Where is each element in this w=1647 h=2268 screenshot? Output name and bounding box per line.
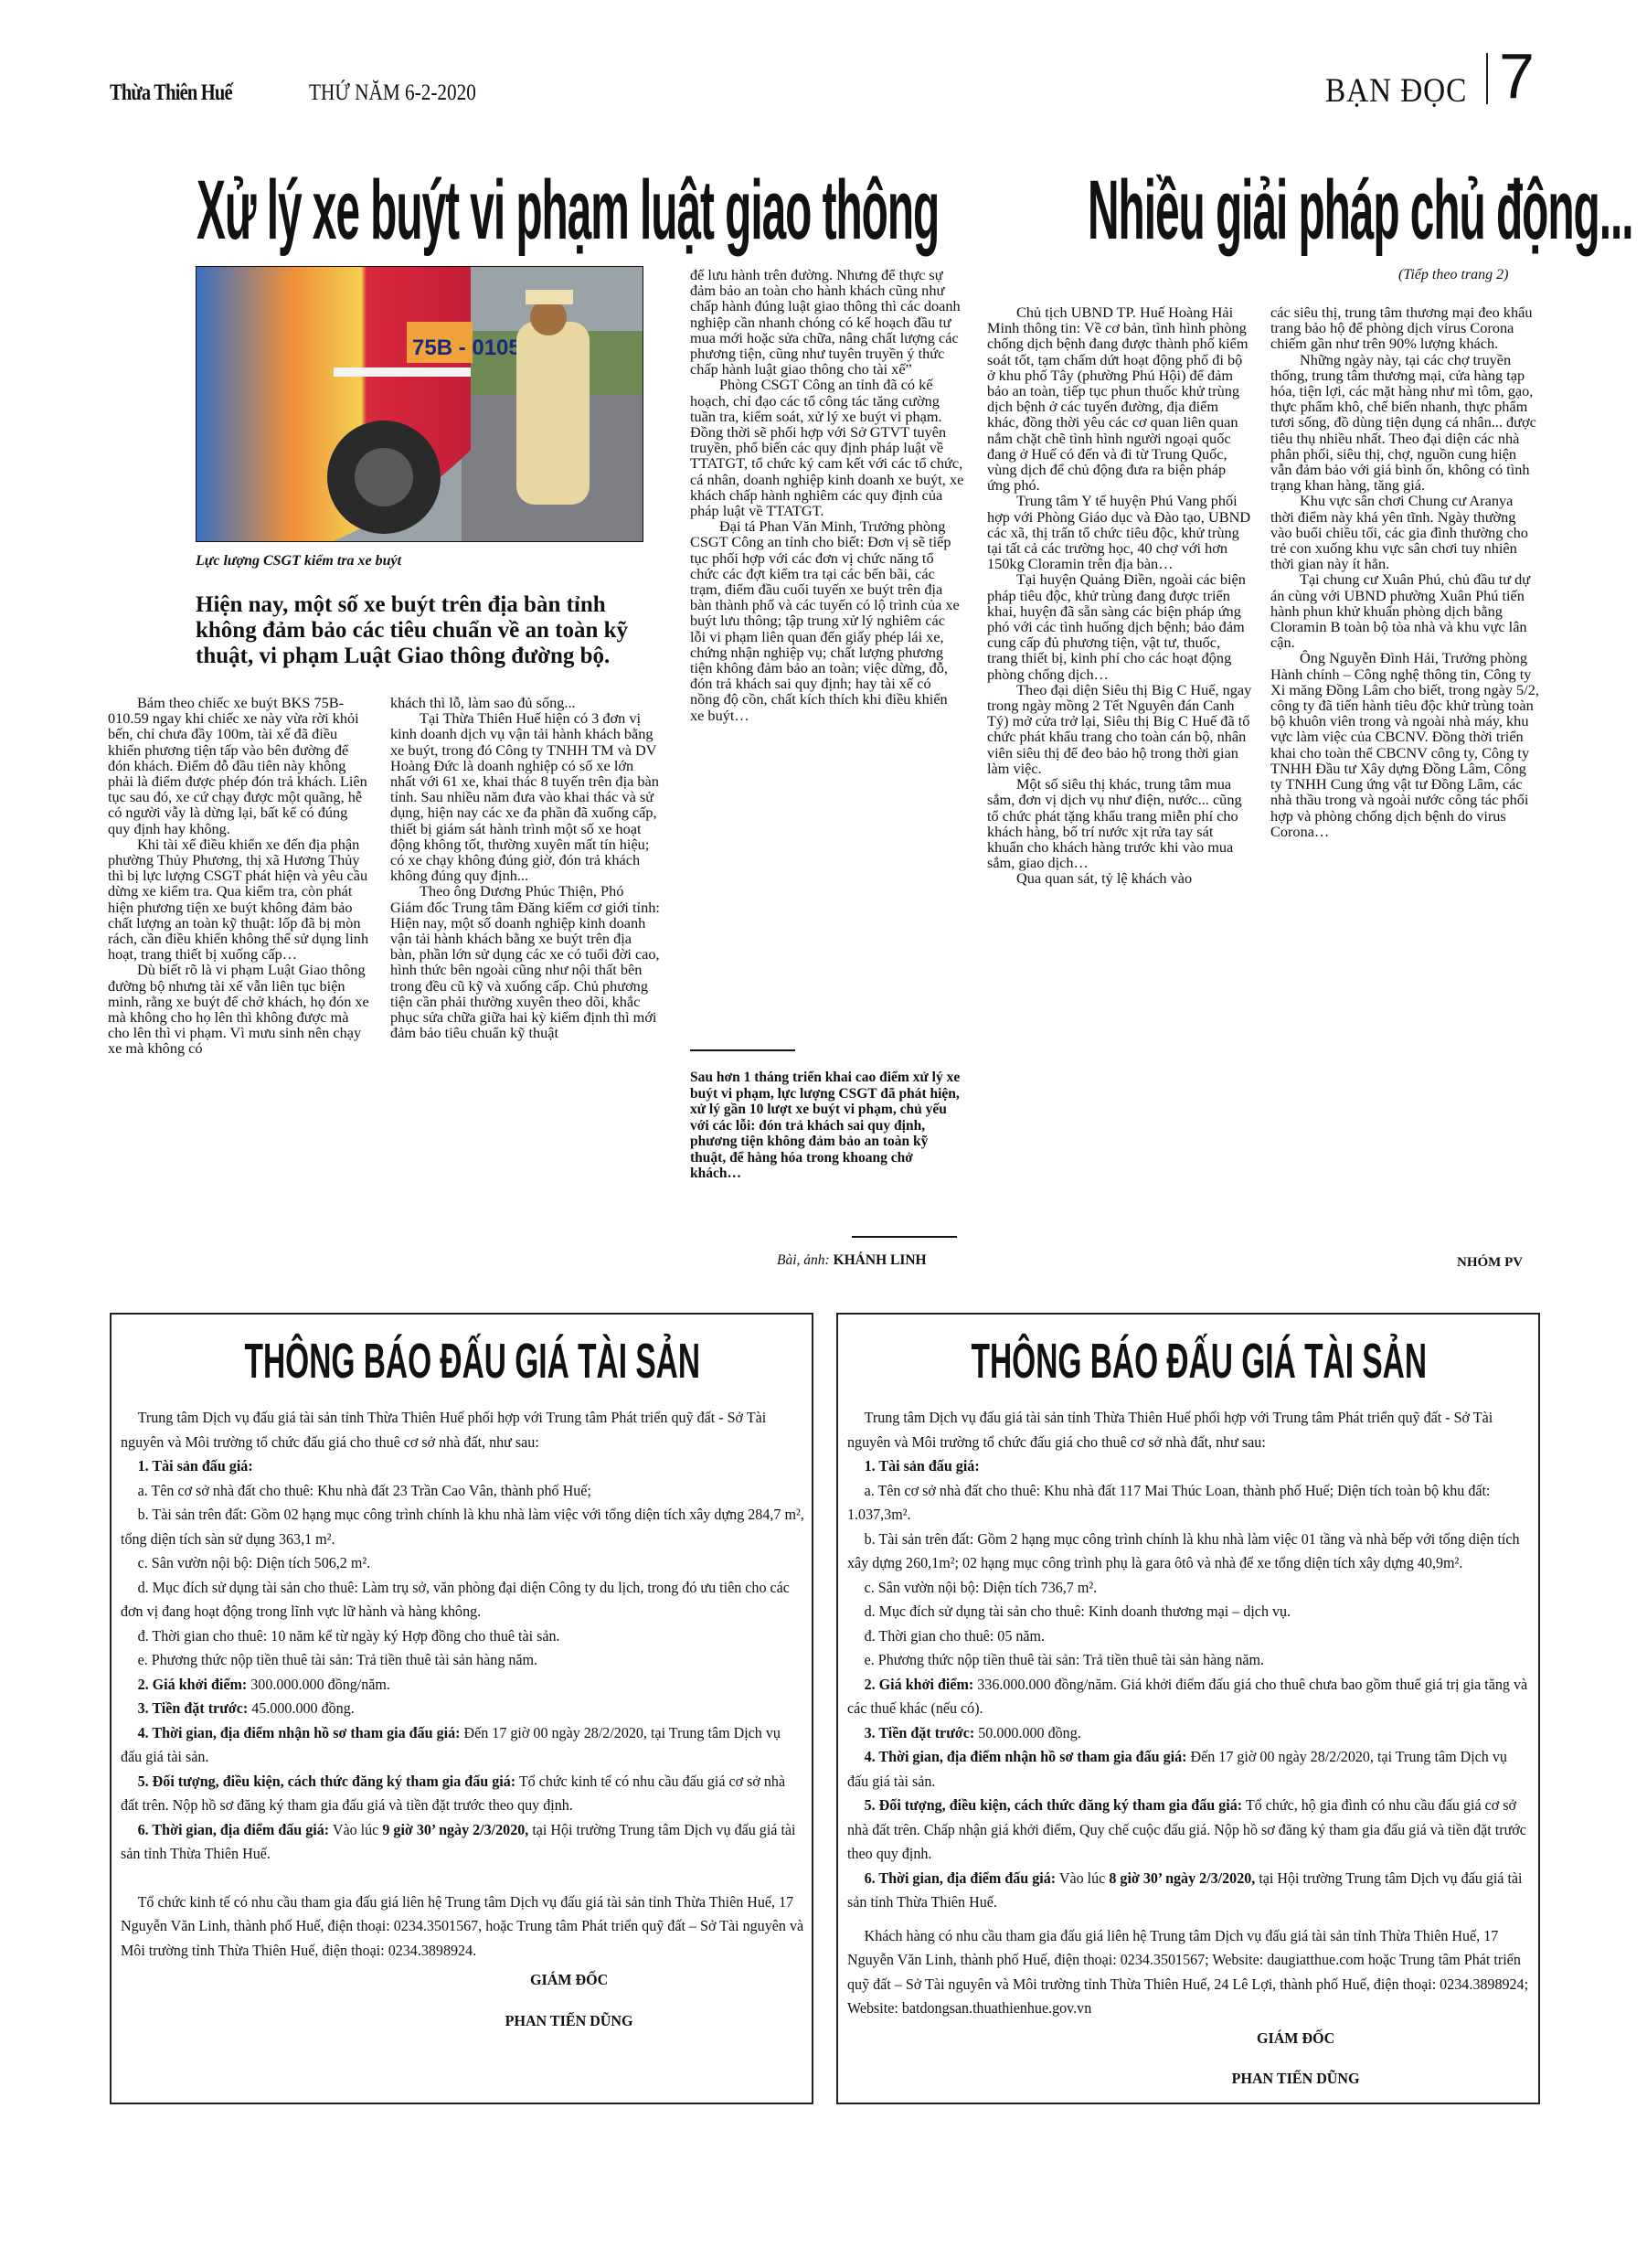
- newspaper-masthead: Thừa Thiên Huế: [110, 80, 232, 106]
- section-label: 4. Thời gian, địa điểm nhận hồ sơ tham g…: [865, 1748, 1187, 1765]
- article1-headline: Xử lý xe buýt vi phạm luật giao thông: [197, 165, 939, 256]
- notice-section-4: 4. Thời gian, địa điểm nhận hồ sơ tham g…: [121, 1721, 805, 1770]
- notice-section-5: 5. Đối tượng, điều kiện, cách thức đăng …: [121, 1770, 805, 1818]
- section-text: Vào lúc: [1059, 1869, 1105, 1887]
- section-text: Vào lúc: [333, 1821, 378, 1838]
- notice-contact: Tổ chức kinh tế có nhu cầu tham gia đấu …: [121, 1890, 805, 1964]
- section-divider: [1486, 53, 1488, 104]
- article2-column-2: các siêu thị, trung tâm thương mại đeo k…: [1270, 304, 1540, 839]
- continued-from-note: (Tiếp theo trang 2): [1398, 267, 1508, 283]
- auction-time: 8 giờ 30’ ngày 2/3/2020,: [1109, 1869, 1255, 1887]
- byline-name: KHÁNH LINH: [834, 1252, 927, 1268]
- section-label: 1. Tài sản đấu giá:: [865, 1457, 980, 1475]
- article1-byline: Bài, ảnh: KHÁNH LINH: [777, 1252, 927, 1269]
- notice-section-5: 5. Đối tượng, điều kiện, cách thức đăng …: [847, 1794, 1532, 1867]
- article1-pullquote: Sau hơn 1 tháng triển khai cao điểm xử l…: [690, 1070, 964, 1182]
- article1-column-3: để lưu hành trên đường. Nhưng để thực sự…: [690, 267, 964, 723]
- signature-title: GIÁM ĐỐC: [1060, 2027, 1532, 2051]
- auction-time: 9 giờ 30’ ngày 2/3/2020,: [382, 1821, 528, 1838]
- section-label: 3. Tiền đặt trước:: [865, 1724, 975, 1741]
- paragraph: Đại tá Phan Văn Minh, Trưởng phòng CSGT …: [690, 518, 964, 723]
- notice-item-dd: đ. Thời gian cho thuê: 10 năm kể từ ngày…: [121, 1624, 805, 1649]
- paragraph: Những ngày này, tại các chợ truyền thống…: [1270, 352, 1540, 494]
- article1-column-2: khách thì lỗ, làm sao đủ sống... Tại Thừ…: [390, 695, 660, 1040]
- notice-item-e: e. Phương thức nộp tiền thuê tài sản: Tr…: [847, 1648, 1532, 1673]
- byline-label: Bài, ảnh:: [777, 1252, 830, 1268]
- spacer: [121, 1867, 805, 1890]
- paragraph: khách thì lỗ, làm sao đủ sống...: [390, 695, 660, 710]
- notice-section-1: 1. Tài sản đấu giá:: [847, 1454, 1532, 1479]
- paragraph: Theo ông Dương Phúc Thiện, Phó Giám đốc …: [390, 883, 660, 1040]
- notice-section-4: 4. Thời gian, địa điểm nhận hồ sơ tham g…: [847, 1745, 1532, 1794]
- notice-intro: Trung tâm Dịch vụ đấu giá tài sản tỉnh T…: [847, 1406, 1532, 1454]
- section-label: 1. Tài sản đấu giá:: [138, 1457, 253, 1475]
- notice-item-b: b. Tài sản trên đất: Gồm 02 hạng mục côn…: [121, 1503, 805, 1551]
- paragraph: Khu vực sân chơi Chung cư Aranya thời đi…: [1270, 493, 1540, 571]
- signature-name: PHAN TIẾN DŨNG: [334, 2009, 805, 2034]
- notice-section-6: 6. Thời gian, địa điểm đấu giá: Vào lúc …: [121, 1818, 805, 1867]
- section-label: 3. Tiền đặt trước:: [138, 1699, 249, 1717]
- paragraph: Khi tài xế điều khiển xe đến địa phận ph…: [108, 836, 373, 963]
- section-label: 4. Thời gian, địa điểm nhận hồ sơ tham g…: [138, 1724, 461, 1741]
- notice-section-2: 2. Giá khởi điểm: 336.000.000 đồng/năm. …: [847, 1673, 1532, 1721]
- paragraph: Tại huyện Quảng Điền, ngoài các biện phá…: [987, 571, 1252, 681]
- notice-item-d: d. Mục đích sử dụng tài sản cho thuê: Ki…: [847, 1600, 1532, 1624]
- paragraph: Dù biết rõ là vi phạm Luật Giao thông đư…: [108, 962, 373, 1056]
- notice-intro: Trung tâm Dịch vụ đấu giá tài sản tỉnh T…: [121, 1406, 805, 1454]
- paragraph: Qua quan sát, tỷ lệ khách vào: [987, 870, 1252, 886]
- notice-section-3: 3. Tiền đặt trước: 45.000.000 đồng.: [121, 1697, 805, 1721]
- notice-section-6: 6. Thời gian, địa điểm đấu giá: Vào lúc …: [847, 1867, 1532, 1915]
- svg-text:75B - 01059: 75B - 01059: [412, 335, 533, 360]
- pullquote-rule-top: [690, 1049, 795, 1051]
- deposit-amount: 45.000.000 đồng.: [251, 1699, 355, 1717]
- section-label: 2. Giá khởi điểm:: [138, 1676, 248, 1693]
- paragraph: Tại Thừa Thiên Huế hiện có 3 đơn vị kinh…: [390, 710, 660, 883]
- section-label: 5. Đối tượng, điều kiện, cách thức đăng …: [865, 1796, 1243, 1814]
- notice-section-2: 2. Giá khởi điểm: 300.000.000 đồng/năm.: [121, 1673, 805, 1698]
- notice-body: Trung tâm Dịch vụ đấu giá tài sản tỉnh T…: [121, 1406, 805, 2033]
- notice-contact: Khách hàng có nhu cầu tham gia đấu giá l…: [847, 1924, 1532, 2021]
- signature-name: PHAN TIẾN DŨNG: [1060, 2067, 1532, 2092]
- paragraph: Trung tâm Y tế huyện Phú Vang phối hợp v…: [987, 493, 1252, 571]
- notice-item-c: c. Sân vườn nội bộ: Diện tích 506,2 m².: [121, 1551, 805, 1576]
- pullquote-rule-bottom: [852, 1236, 957, 1238]
- section-label: 5. Đối tượng, điều kiện, cách thức đăng …: [138, 1773, 516, 1790]
- starting-price: 300.000.000 đồng/năm.: [250, 1676, 390, 1693]
- issue-date: THỨ NĂM 6-2-2020: [309, 80, 476, 106]
- photo-caption: Lực lượng CSGT kiểm tra xe buýt: [196, 553, 401, 570]
- bus-inspection-image: 75B - 01059: [197, 267, 643, 541]
- paragraph: Phòng CSGT Công an tỉnh đã có kế hoạch, …: [690, 377, 964, 518]
- notice-title: THÔNG BÁO ĐẤU GIÁ TÀI SẢN: [972, 1333, 1406, 1390]
- page-number: 7: [1499, 44, 1535, 108]
- notice-body: Trung tâm Dịch vụ đấu giá tài sản tỉnh T…: [847, 1406, 1532, 2092]
- notice-title: THÔNG BÁO ĐẤU GIÁ TÀI SẢN: [245, 1333, 679, 1390]
- article2-byline: NHÓM PV: [1457, 1255, 1523, 1271]
- notice-item-c: c. Sân vườn nội bộ: Diện tích 736,7 m².: [847, 1576, 1532, 1601]
- paragraph: Bám theo chiếc xe buýt BKS 75B-010.59 ng…: [108, 695, 373, 836]
- article1-lead: Hiện nay, một số xe buýt trên địa bàn tỉ…: [196, 592, 653, 669]
- section-label: 2. Giá khởi điểm:: [865, 1676, 974, 1693]
- paragraph: Chủ tịch UBND TP. Huế Hoàng Hải Minh thô…: [987, 304, 1252, 493]
- paragraph: Một số siêu thị khác, trung tâm mua sắm,…: [987, 776, 1252, 870]
- paragraph: Theo đại diện Siêu thị Big C Huế, ngay t…: [987, 682, 1252, 776]
- article1-photo: 75B - 01059: [196, 266, 643, 542]
- paragraph: Ông Nguyễn Đình Hải, Trưởng phòng Hành c…: [1270, 650, 1540, 838]
- notice-item-e: e. Phương thức nộp tiền thuê tài sản: Tr…: [121, 1648, 805, 1673]
- article2-headline: Nhiều giải pháp chủ động...: [1088, 165, 1632, 256]
- section-label: 6. Thời gian, địa điểm đấu giá:: [138, 1821, 330, 1838]
- notice-item-b: b. Tài sản trên đất: Gồm 2 hạng mục công…: [847, 1528, 1532, 1576]
- paragraph: Tại chung cư Xuân Phú, chủ đầu tư dự án …: [1270, 571, 1540, 650]
- auction-notice-1: THÔNG BÁO ĐẤU GIÁ TÀI SẢN Trung tâm Dịch…: [110, 1313, 813, 2104]
- notice-item-d: d. Mục đích sử dụng tài sản cho thuê: Là…: [121, 1576, 805, 1624]
- section-title: BẠN ĐỌC: [1325, 71, 1467, 111]
- notice-item-a: a. Tên cơ sở nhà đất cho thuê: Khu nhà đ…: [121, 1479, 805, 1504]
- article2-column-1: Chủ tịch UBND TP. Huế Hoàng Hải Minh thô…: [987, 304, 1252, 887]
- notice-item-a: a. Tên cơ sở nhà đất cho thuê: Khu nhà đ…: [847, 1479, 1532, 1528]
- paragraph: các siêu thị, trung tâm thương mại đeo k…: [1270, 304, 1540, 352]
- deposit-amount: 50.000.000 đồng.: [978, 1724, 1081, 1741]
- notice-item-dd: đ. Thời gian cho thuê: 05 năm.: [847, 1624, 1532, 1649]
- notice-section-3: 3. Tiền đặt trước: 50.000.000 đồng.: [847, 1721, 1532, 1746]
- article1-column-1: Bám theo chiếc xe buýt BKS 75B-010.59 ng…: [108, 695, 373, 1057]
- notice-section-1: 1. Tài sản đấu giá:: [121, 1454, 805, 1479]
- auction-notice-2: THÔNG BÁO ĐẤU GIÁ TÀI SẢN Trung tâm Dịch…: [836, 1313, 1540, 2104]
- spacer: [847, 1915, 1532, 1924]
- paragraph: để lưu hành trên đường. Nhưng để thực sự…: [690, 267, 964, 377]
- section-label: 6. Thời gian, địa điểm đấu giá:: [865, 1869, 1057, 1887]
- signature-title: GIÁM ĐỐC: [334, 1968, 805, 1993]
